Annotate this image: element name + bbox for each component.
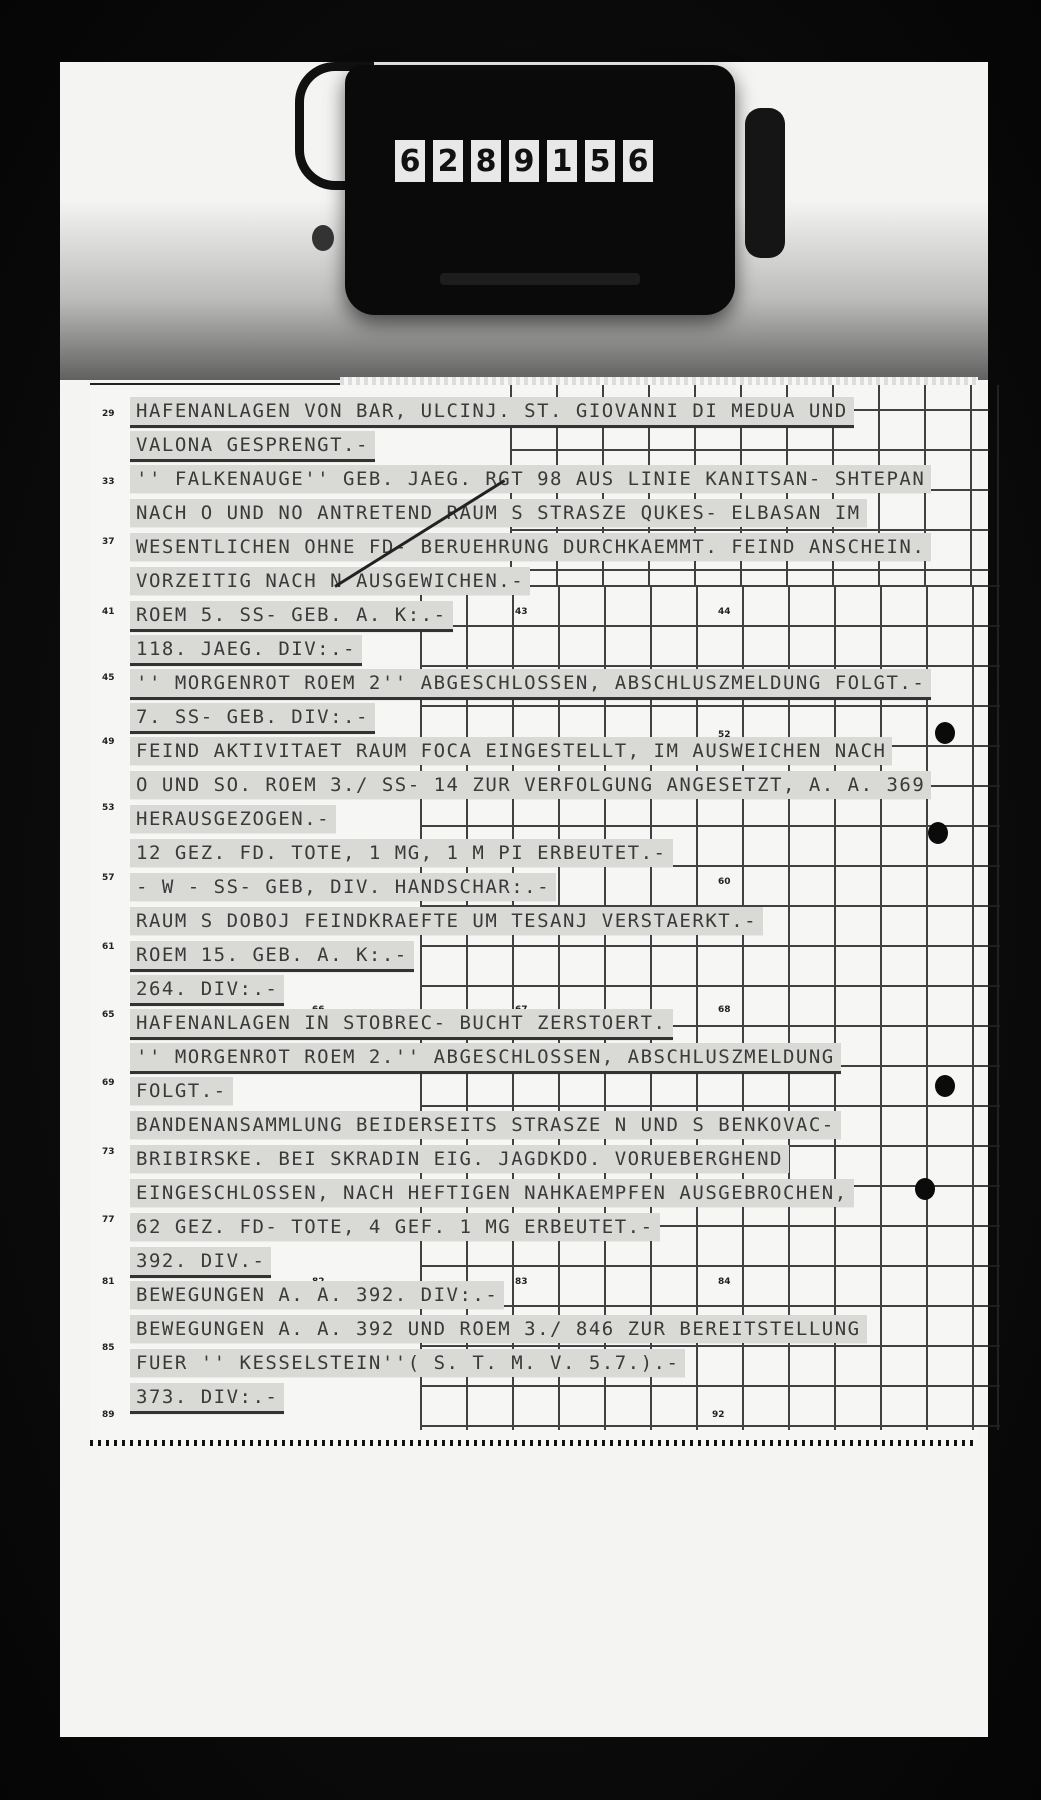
grid-number: 92 bbox=[712, 1410, 725, 1420]
counter-digit: 1 bbox=[547, 140, 577, 182]
tape-line: HAFENANLAGEN IN STOBREC- BUCHT ZERSTOERT… bbox=[130, 1009, 673, 1040]
tape-line: EINGESCHLOSSEN, NACH HEFTIGEN NAHKAEMPFE… bbox=[130, 1179, 854, 1207]
tape-line: 12 GEZ. FD. TOTE, 1 MG, 1 M PI ERBEUTET.… bbox=[130, 839, 673, 867]
line-number: 29 bbox=[102, 409, 115, 419]
counter-digit: 8 bbox=[471, 140, 501, 182]
grid-number: 83 bbox=[515, 1277, 528, 1287]
line-number: 57 bbox=[102, 873, 115, 883]
grid-number: 68 bbox=[718, 1005, 731, 1015]
counter-slot bbox=[440, 273, 640, 285]
line-number: 41 bbox=[102, 607, 115, 617]
counter-digits: 6 2 8 9 1 5 6 bbox=[395, 140, 653, 182]
punch-hole bbox=[935, 722, 955, 744]
counter-digit: 6 bbox=[395, 140, 425, 182]
tape-line: ROEM 15. GEB. A. K:.- bbox=[130, 941, 414, 972]
line-number: 77 bbox=[102, 1215, 115, 1225]
tape-line: 373. DIV:.- bbox=[130, 1383, 284, 1414]
report-form: 43 44 48 52 60 66 67 68 82 83 84 92 29 3… bbox=[90, 383, 978, 1445]
tape-line: '' MORGENROT ROEM 2'' ABGESCHLOSSEN, ABS… bbox=[130, 669, 931, 700]
tape-line: FUER '' KESSELSTEIN''( S. T. M. V. 5.7.)… bbox=[130, 1349, 685, 1377]
line-number: 53 bbox=[102, 803, 115, 813]
tape-line: 118. JAEG. DIV:.- bbox=[130, 635, 362, 666]
line-number: 69 bbox=[102, 1078, 115, 1088]
grid-number: 84 bbox=[718, 1277, 731, 1287]
tape-line: 62 GEZ. FD- TOTE, 4 GEF. 1 MG ERBEUTET.- bbox=[130, 1213, 660, 1241]
tape-line: FEIND AKTIVITAET RAUM FOCA EINGESTELLT, … bbox=[130, 737, 892, 765]
tape-line: 264. DIV:.- bbox=[130, 975, 284, 1006]
punch-hole bbox=[928, 822, 948, 844]
counter-digit: 6 bbox=[623, 140, 653, 182]
form-right-border bbox=[997, 385, 999, 1430]
counter-knob bbox=[745, 108, 785, 258]
perforation-line bbox=[90, 1440, 978, 1446]
tape-line: BEWEGUNGEN A. A. 392 UND ROEM 3./ 846 ZU… bbox=[130, 1315, 867, 1343]
tape-line: BEWEGUNGEN A. A. 392. DIV:.- bbox=[130, 1281, 504, 1309]
tape-line: 392. DIV.- bbox=[130, 1247, 271, 1278]
line-number: 81 bbox=[102, 1277, 115, 1287]
counter-digit: 9 bbox=[509, 140, 539, 182]
line-number: 61 bbox=[102, 942, 115, 952]
tape-line: FOLGT.- bbox=[130, 1077, 233, 1105]
counter-digit: 5 bbox=[585, 140, 615, 182]
tape-line: VALONA GESPRENGT.- bbox=[130, 431, 375, 462]
grid-number: 43 bbox=[515, 607, 528, 617]
tape-line: BRIBIRSKE. BEI SKRADIN EIG. JAGDKDO. VOR… bbox=[130, 1145, 789, 1173]
line-number: 45 bbox=[102, 673, 115, 683]
line-number: 65 bbox=[102, 1010, 115, 1020]
tape-line: VORZEITIG NACH N AUSGEWICHEN.- bbox=[130, 567, 530, 595]
tape-line: '' MORGENROT ROEM 2.'' ABGESCHLOSSEN, AB… bbox=[130, 1043, 841, 1074]
line-number: 85 bbox=[102, 1343, 115, 1353]
line-number: 73 bbox=[102, 1147, 115, 1157]
tape-line: - W - SS- GEB, DIV. HANDSCHAR:.- bbox=[130, 873, 556, 901]
tape-line: RAUM S DOBOJ FEINDKRAEFTE UM TESANJ VERS… bbox=[130, 907, 763, 935]
tape-line: WESENTLICHEN OHNE FD- BERUEHRUNG DURCHKA… bbox=[130, 533, 931, 561]
tape-line: ROEM 5. SS- GEB. A. K:.- bbox=[130, 601, 453, 632]
tape-line: HAFENANLAGEN VON BAR, ULCINJ. ST. GIOVAN… bbox=[130, 397, 854, 428]
tape-line: NACH O UND NO ANTRETEND RAUM S STRASZE Q… bbox=[130, 499, 867, 527]
line-number: 37 bbox=[102, 537, 115, 547]
tape-line: O UND SO. ROEM 3./ SS- 14 ZUR VERFOLGUNG… bbox=[130, 771, 931, 799]
grid-number: 60 bbox=[718, 877, 731, 887]
tape-line: 7. SS- GEB. DIV:.- bbox=[130, 703, 375, 734]
tape-line: '' FALKENAUGE'' GEB. JAEG. RGT 98 AUS LI… bbox=[130, 465, 931, 493]
counter-digit: 2 bbox=[433, 140, 463, 182]
tape-line: HERAUSGEZOGEN.- bbox=[130, 805, 336, 833]
line-number: 33 bbox=[102, 477, 115, 487]
form-grid bbox=[420, 585, 1000, 1430]
screw-icon bbox=[312, 225, 334, 251]
punch-hole bbox=[915, 1178, 935, 1200]
line-number: 89 bbox=[102, 1410, 115, 1420]
grid-number: 44 bbox=[718, 607, 731, 617]
line-number: 49 bbox=[102, 737, 115, 747]
tape-line: BANDENANSAMMLUNG BEIDERSEITS STRASZE N U… bbox=[130, 1111, 841, 1139]
punch-hole bbox=[935, 1075, 955, 1097]
